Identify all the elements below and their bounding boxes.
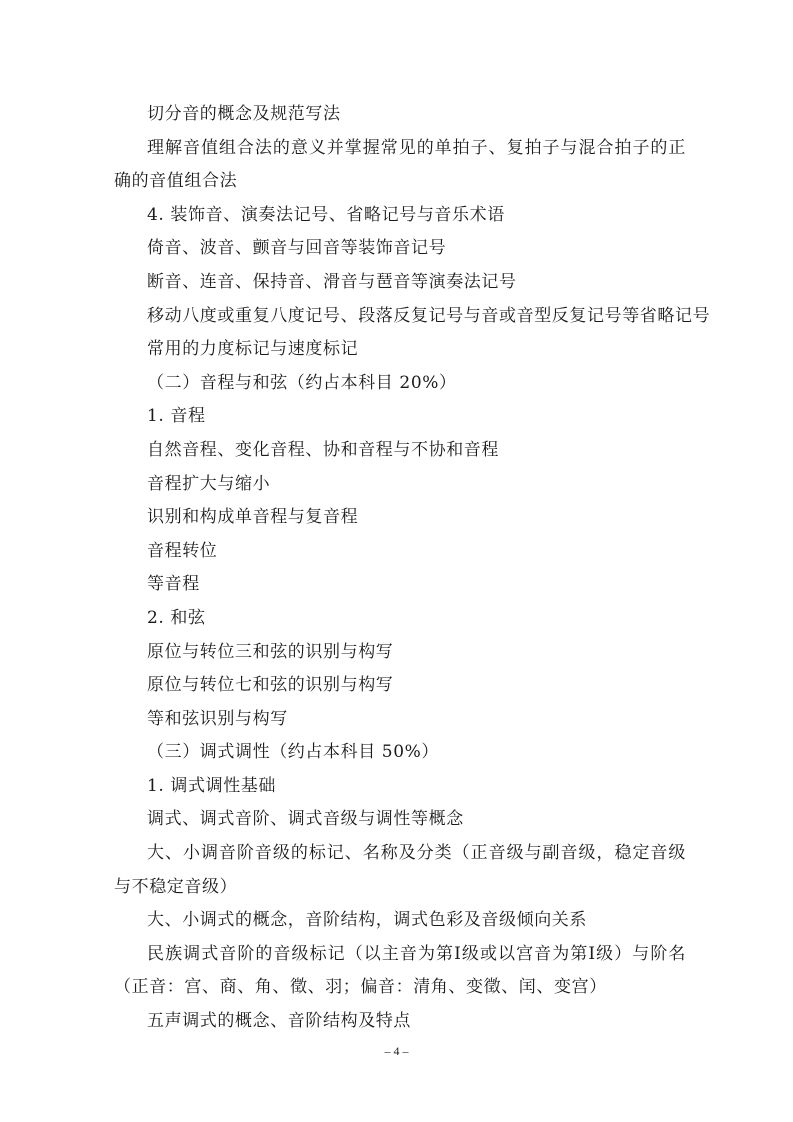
text-line: 自然音程、变化音程、协和音程与不协和音程: [114, 434, 686, 468]
text-line: 原位与转位三和弦的识别与构写: [114, 636, 686, 670]
text-line: （正音：宫、商、角、徵、羽；偏音：清角、变徵、闰、变宫）: [114, 971, 686, 1005]
text-line: 断音、连音、保持音、滑音与琶音等演奏法记号: [114, 266, 686, 300]
text-line: 大、小调音阶音级的标记、名称及分类（正音级与副音级，稳定音级: [114, 837, 686, 871]
section-heading: 1. 音程: [114, 400, 686, 434]
text-line: 等和弦识别与构写: [114, 703, 686, 737]
text-line: 音程转位: [114, 535, 686, 569]
section-heading: 2. 和弦: [114, 602, 686, 636]
text-line: 识别和构成单音程与复音程: [114, 501, 686, 535]
page-body: 切分音的概念及规范写法 理解音值组合法的意义并掌握常见的单拍子、复拍子与混合拍子…: [114, 98, 686, 1039]
text-line: 倚音、波音、颤音与回音等装饰音记号: [114, 232, 686, 266]
text-line: 五声调式的概念、音阶结构及特点: [114, 1005, 686, 1039]
text-line: 移动八度或重复八度记号、段落反复记号与音或音型反复记号等省略记号: [114, 300, 686, 334]
text-line: 民族调式音阶的音级标记（以主音为第Ⅰ级或以宫音为第Ⅰ级）与阶名: [114, 938, 686, 972]
chapter-heading: （二）音程与和弦（约占本科目 20%）: [114, 367, 686, 401]
text-line: 大、小调式的概念，音阶结构，调式色彩及音级倾向关系: [114, 904, 686, 938]
text-line: 调式、调式音阶、调式音级与调性等概念: [114, 803, 686, 837]
text-line: 理解音值组合法的意义并掌握常见的单拍子、复拍子与混合拍子的正: [114, 132, 686, 166]
text-line: 确的音值组合法: [114, 165, 686, 199]
text-line: 与不稳定音级）: [114, 871, 686, 905]
document-page: 切分音的概念及规范写法 理解音值组合法的意义并掌握常见的单拍子、复拍子与混合拍子…: [0, 0, 793, 1122]
section-heading: 4. 装饰音、演奏法记号、省略记号与音乐术语: [114, 199, 686, 233]
text-line: 等音程: [114, 568, 686, 602]
text-line: 音程扩大与缩小: [114, 468, 686, 502]
text-line: 常用的力度标记与速度标记: [114, 333, 686, 367]
text-line: 原位与转位七和弦的识别与构写: [114, 669, 686, 703]
section-heading: 1. 调式调性基础: [114, 770, 686, 804]
page-number: – 4 –: [0, 1044, 793, 1059]
text-line: 切分音的概念及规范写法: [114, 98, 686, 132]
chapter-heading: （三）调式调性（约占本科目 50%）: [114, 736, 686, 770]
